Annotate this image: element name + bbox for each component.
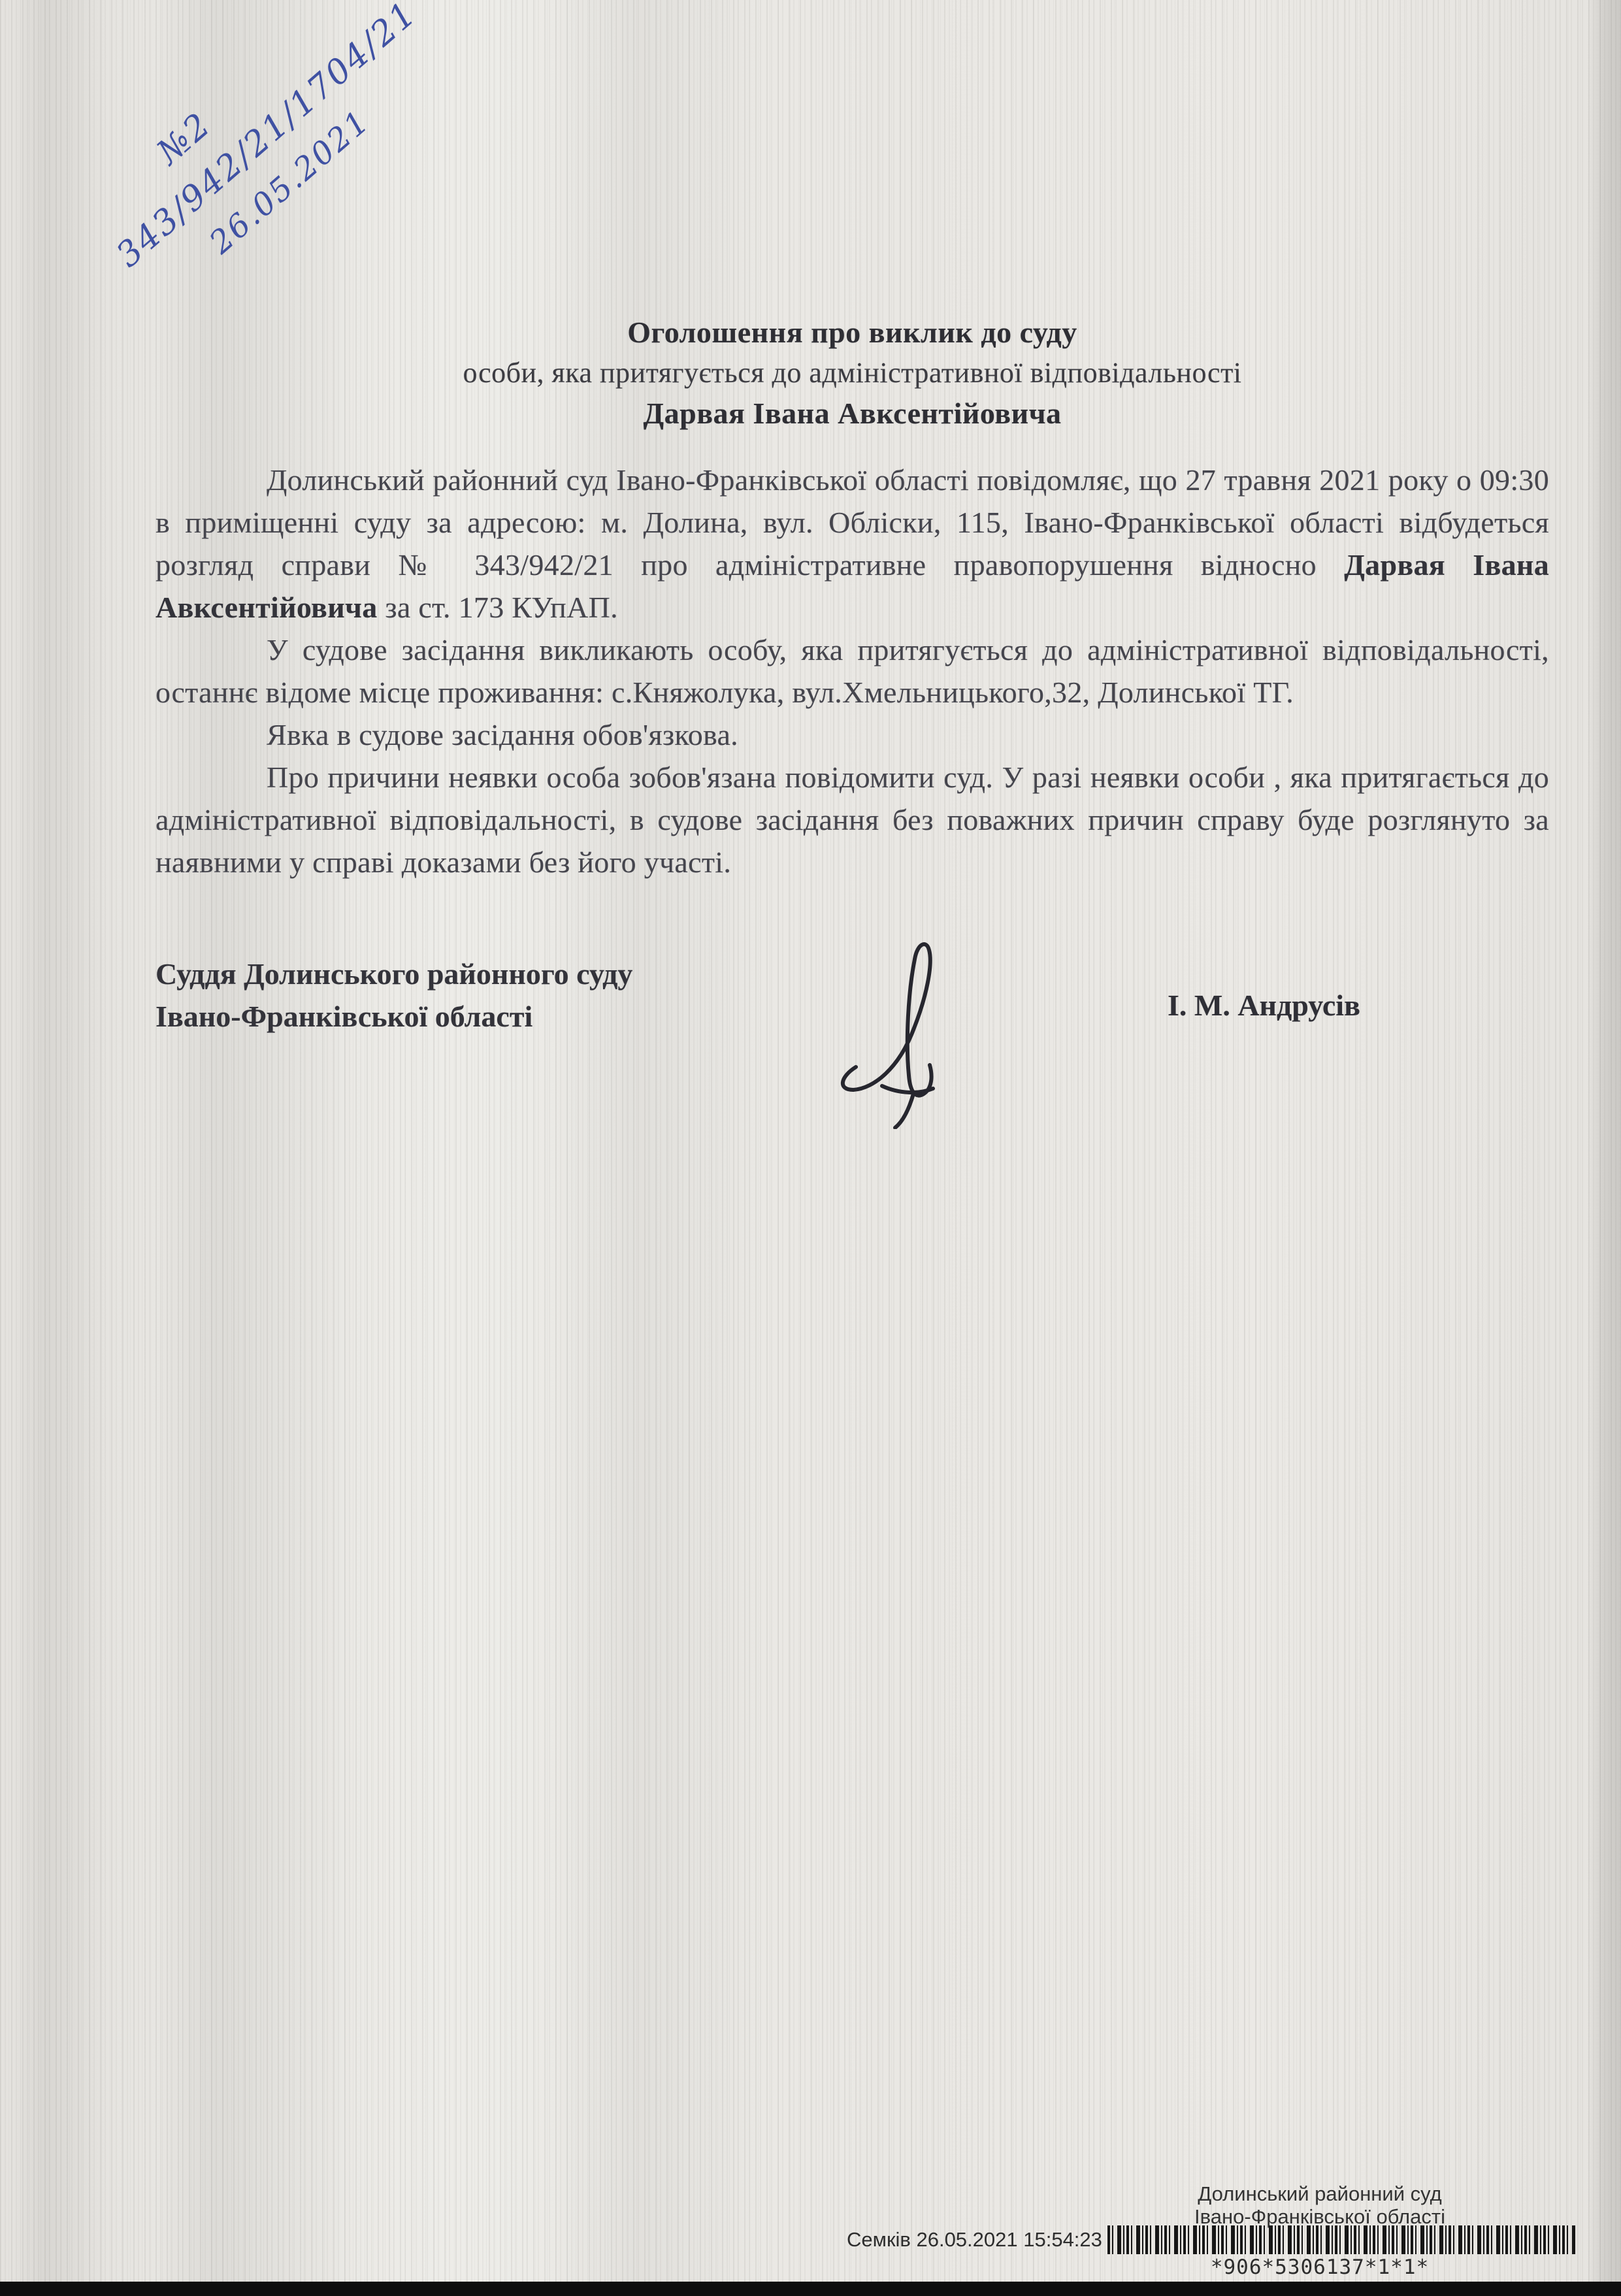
paragraph-hearing-info: Долинський районний суд Івано-Франківськ… xyxy=(156,459,1549,629)
judge-title-block: Суддя Долинського районного суду Івано-Ф… xyxy=(156,953,632,1038)
title-line-2: особи, яка притягується до адміністратив… xyxy=(156,353,1549,393)
paragraph-absence-consequences: Про причини неявки особа зобов'язана пов… xyxy=(156,756,1549,883)
footer-stamp-text: Семків 26.05.2021 15:54:23 xyxy=(847,2228,1102,2252)
footer-court-line-1: Долинський районний суд xyxy=(1058,2182,1581,2205)
barcode xyxy=(1107,2225,1575,2254)
paragraph-summons: У судове засідання викликають особу, яка… xyxy=(156,629,1549,713)
paragraph-attendance-mandatory: Явка в судове засідання обов'язкова. xyxy=(156,713,1549,756)
paragraph-1-text: Долинський районний суд Івано-Франківськ… xyxy=(156,463,1549,582)
title-line-1: Оголошення про виклик до суду xyxy=(156,312,1549,353)
barcode-caption: *906*5306137*1*1* xyxy=(1058,2255,1581,2279)
footer-court-name: Долинський районний суд Івано-Франківськ… xyxy=(1058,2182,1581,2228)
document-body: Долинський районний суд Івано-Франківськ… xyxy=(156,459,1549,883)
footer-court-line-2: Івано-Франківської області xyxy=(1058,2205,1581,2228)
judge-title-line-2: Івано-Франківської області xyxy=(156,995,632,1038)
scanned-court-summons-page: №2 343/942/21/1704/21 26.05.2021 Оголоше… xyxy=(0,0,1621,2296)
document-title-block: Оголошення про виклик до суду особи, яка… xyxy=(156,312,1549,434)
handwritten-case-annotation: №2 343/942/21/1704/21 26.05.2021 xyxy=(72,0,462,318)
footer-barcode-row: Семків 26.05.2021 15:54:23 xyxy=(847,2225,1575,2254)
judge-name: І. М. Андрусів xyxy=(1168,988,1360,1023)
judge-signature-mark xyxy=(831,927,994,1129)
scanner-edge-artifact xyxy=(0,2282,1621,2296)
judge-title-line-1: Суддя Долинського районного суду xyxy=(156,953,632,995)
paragraph-1-article: за ст. 173 КУпАП. xyxy=(378,591,618,624)
title-line-3: Дарвая Івана Авксентійовича xyxy=(156,393,1549,434)
